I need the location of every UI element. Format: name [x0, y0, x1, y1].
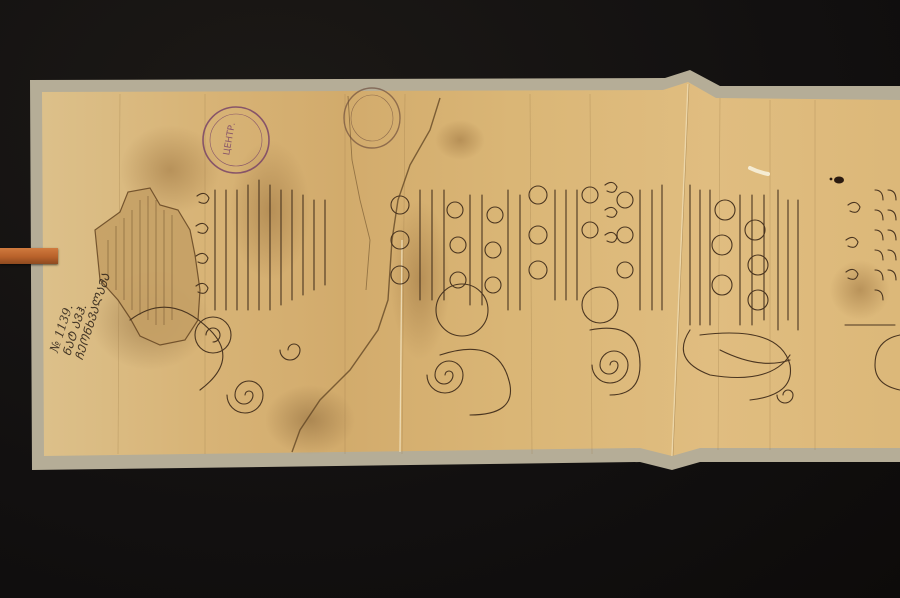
- binding-ribbon: [0, 248, 58, 264]
- ink-blot: [834, 177, 844, 184]
- manuscript-scroll: ЦЕНТР.: [0, 0, 900, 598]
